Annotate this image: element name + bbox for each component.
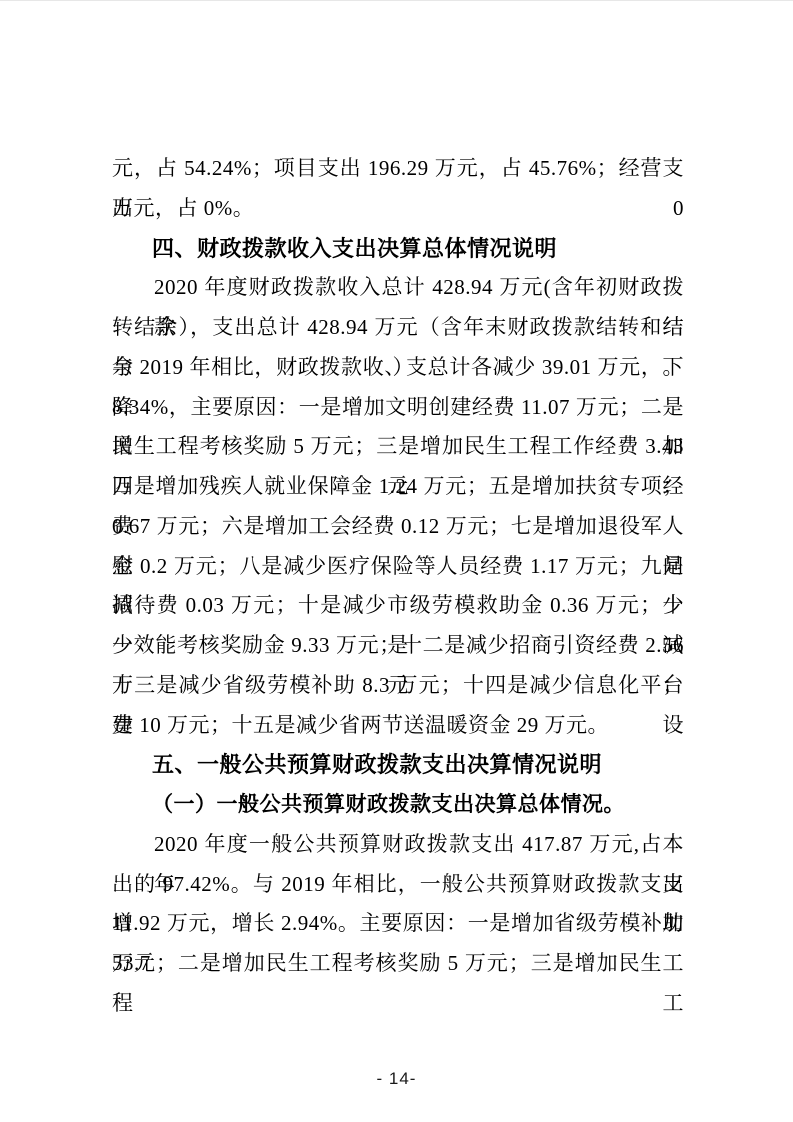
paragraph-line: 元，占 54.24%；项目支出 196.29 万元，占 45.76%；经营支出 … [112,149,684,189]
paragraph-line: 十三是减少省级劳模补助 8.3 万元；十四是减少信息化平台建设 [112,666,684,706]
paragraph-line: 少效能考核奖励金 9.33 万元；十二是减少招商引资经费 2.56 万元； [112,626,684,666]
paragraph-line: 与 2019 年相比，财政拨款收、支总计各减少 39.01 万元，下降 [112,348,684,388]
paragraph-line: 万元；二是增加民生工程考核奖励 5 万元；三是增加民生工程工 [112,944,684,984]
section-heading: 五、一般公共预算财政拨款支出决算情况说明 [112,745,684,785]
paragraph-line: 费 10 万元；十五是减少省两节送温暖资金 29 万元。 [112,706,684,746]
paragraph-line: 民生工程考核奖励 5 万元；三是增加民生工程工作经费 3.43 万元； [112,427,684,467]
paragraph-line: 8.34%，主要原因：一是增加文明创建经费 11.07 万元；二是增加 [112,388,684,428]
page-number: - 14- [0,1069,793,1089]
paragraph-line: 转结余），支出总计 428.94 万元（含年末财政拨款结转和结余）。 [112,308,684,348]
paragraph-line: 招待费 0.03 万元；十是减少市级劳模救助金 0.36 万元；十一是减 [112,586,684,626]
paragraph-line: 0.67 万元；六是增加工会经费 0.12 万元；七是增加退役军人慰问 [112,507,684,547]
paragraph-line: 四是增加残疾人就业保障金 1.24 万元；五是增加扶贫专项经费 [112,467,684,507]
page-body: 元，占 54.24%；项目支出 196.29 万元，占 45.76%；经营支出 … [112,149,684,984]
sub-section-heading: （一）一般公共预算财政拨款支出决算总体情况。 [112,785,684,825]
section-heading: 四、财政拨款收入支出决算总体情况说明 [112,229,684,269]
paragraph-first-line: 2020 年度一般公共预算财政拨款支出 417.87 万元,占本年支 [112,825,684,865]
document-page: 元，占 54.24%；项目支出 196.29 万元，占 45.76%；经营支出 … [0,0,793,1122]
paragraph-line: 出的 97.42%。与 2019 年相比，一般公共预算财政拨款支出增加 [112,865,684,905]
paragraph-line: 金 0.2 万元；八是减少医疗保险等人员经费 1.17 万元；九是减少 [112,547,684,587]
paragraph-first-line: 2020 年度财政拨款收入总计 428.94 万元(含年初财政拨款结 [112,268,684,308]
paragraph-line: 11.92 万元，增长 2.94%。主要原因：一是增加省级劳模补助 53.7 [112,904,684,944]
